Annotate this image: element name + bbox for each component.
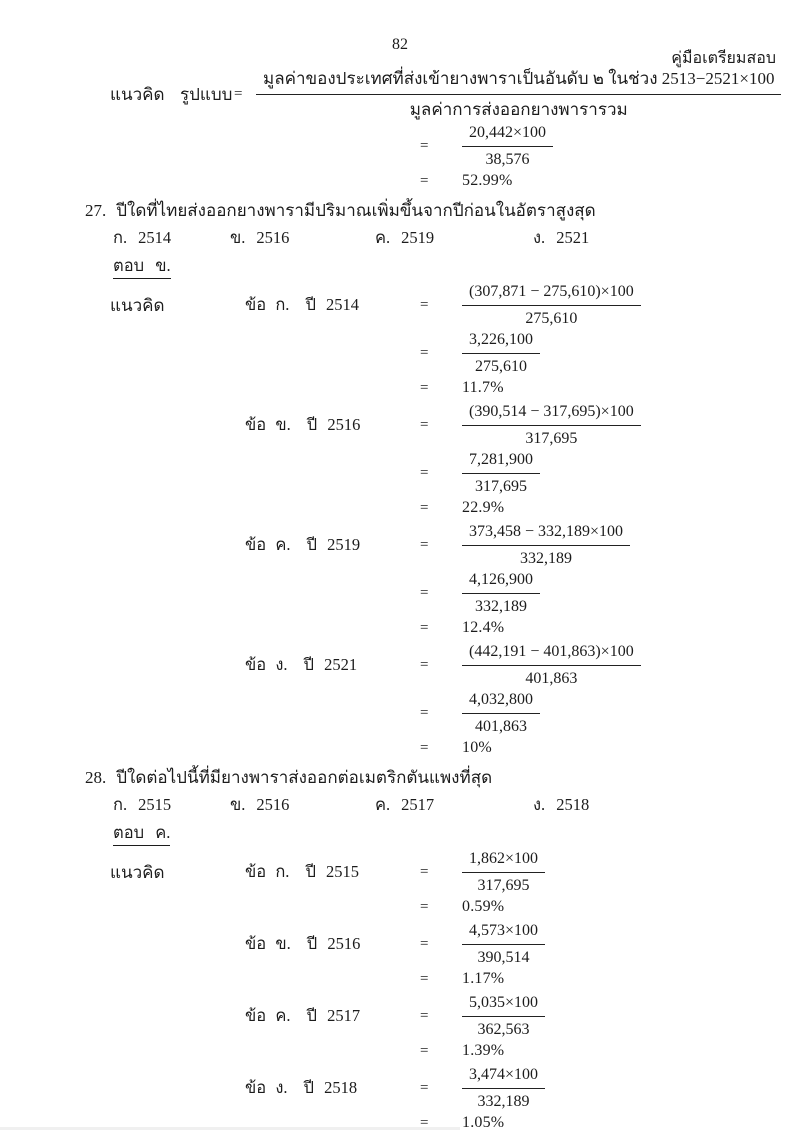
answer-row: ตอบ ค. [113, 822, 800, 846]
step-content: 1.17% [462, 970, 800, 988]
calc-row: แนวคิดข้อ ก.ปี 2514=(307,871 − 275,610)×… [110, 281, 800, 329]
question-block: 27.ปีใดที่ไทยส่งออกยางพารามีปริมาณเพิ่มข… [0, 200, 800, 759]
option-label: ก. [113, 228, 127, 247]
calc-row: ข้อ ง.ปี 2521=(442,191 − 401,863)×100401… [110, 641, 800, 689]
item-label: ข้อ ง.ปี 2521 [245, 652, 420, 678]
step-content: 4,032,800401,863 [462, 689, 800, 737]
step-value: 12.4% [462, 619, 504, 636]
step-value: 0.59% [462, 898, 504, 915]
fraction: 7,281,900317,695 [462, 449, 540, 497]
step-content: 1.39% [462, 1042, 800, 1060]
equals-sign: = [420, 297, 462, 314]
main-fraction-denominator: มูลค่าการส่งออกยางพารารวม [256, 95, 781, 122]
step-content: 52.99% [462, 172, 800, 190]
calc-row: =1.17% [110, 968, 800, 990]
question-block: 28.ปีใดต่อไปนี้ที่มียางพาราส่งออกต่อเมตร… [0, 767, 800, 1132]
fraction-denominator: 332,189 [462, 1089, 545, 1112]
option-label: ง. [533, 795, 545, 814]
fraction: 5,035×100362,563 [462, 992, 545, 1040]
step-content: 4,126,900332,189 [462, 569, 800, 617]
item-choice: ข้อ ก. [245, 859, 289, 885]
step-content: 7,281,900317,695 [462, 449, 800, 497]
calc-row: =4,032,800401,863 [110, 689, 800, 737]
step-value: 52.99% [462, 172, 513, 189]
option-label: ก. [113, 795, 127, 814]
option-value: 2521 [556, 228, 589, 247]
option-label: ข. [230, 228, 245, 247]
option-value: 2517 [401, 795, 434, 814]
equals-sign: = [420, 417, 462, 434]
step-content: 1,862×100317,695 [462, 848, 800, 896]
step-value: 11.7% [462, 379, 504, 396]
option: ง.2518 [533, 794, 800, 816]
equals-sign: = [420, 345, 462, 362]
solution-label: แนวคิด [110, 292, 245, 319]
item-choice: ข้อ ค. [245, 532, 290, 558]
fraction-denominator: 317,695 [462, 873, 545, 896]
fraction-denominator: 38,576 [462, 147, 553, 170]
item-label: ข้อ ค.ปี 2517 [245, 1003, 420, 1029]
step-content: 3,226,100275,610 [462, 329, 800, 377]
fraction: 1,862×100317,695 [462, 848, 545, 896]
fraction: 3,474×100332,189 [462, 1064, 545, 1112]
fraction-denominator: 317,695 [462, 474, 540, 497]
fraction-numerator: 4,126,900 [462, 569, 540, 594]
fraction: 4,573×100390,514 [462, 920, 545, 968]
equals-sign: = [420, 380, 462, 397]
question-text: ปีใดที่ไทยส่งออกยางพารามีปริมาณเพิ่มขึ้น… [116, 200, 595, 222]
item-year: ปี 2514 [305, 292, 359, 318]
item-year: ปี 2515 [305, 859, 359, 885]
fraction-numerator: 4,032,800 [462, 689, 540, 714]
step-value: 1.05% [462, 1114, 504, 1131]
equals-sign: = [420, 705, 462, 722]
fraction-denominator: 332,189 [462, 594, 540, 617]
equals-sign: = [420, 465, 462, 482]
item-choice: ข้อ ก. [245, 292, 289, 318]
fraction-numerator: 7,281,900 [462, 449, 540, 474]
solution-item: ข้อ ข.ปี 2516=4,573×100390,514=1.17% [0, 920, 800, 990]
item-choice: ข้อ ง. [245, 1075, 288, 1101]
calc-row: =11.7% [110, 377, 800, 399]
fraction-numerator: 3,474×100 [462, 1064, 545, 1089]
fraction-denominator: 317,695 [462, 426, 641, 449]
option-label: ค. [375, 795, 390, 814]
header-book-title: คู่มือเตรียมสอบ [671, 46, 776, 71]
option: ก.2514 [113, 227, 230, 249]
question-line: 28.ปีใดต่อไปนี้ที่มียางพาราส่งออกต่อเมตร… [85, 767, 800, 789]
fraction: (307,871 − 275,610)×100275,610 [462, 281, 641, 329]
fraction: (390,514 − 317,695)×100317,695 [462, 401, 641, 449]
option: ก.2515 [113, 794, 230, 816]
options-row: ก.2514ข.2516ค.2519ง.2521 [113, 227, 800, 249]
question-line: 27.ปีใดที่ไทยส่งออกยางพารามีปริมาณเพิ่มข… [85, 200, 800, 222]
step-content: (442,191 − 401,863)×100401,863 [462, 641, 800, 689]
solution-item: แนวคิดข้อ ก.ปี 2515=1,862×100317,695=0.5… [0, 848, 800, 918]
solution-item: ข้อ ง.ปี 2518=3,474×100332,189=1.05% [0, 1064, 800, 1132]
step-content: 12.4% [462, 619, 800, 637]
questions: 27.ปีใดที่ไทยส่งออกยางพารามีปริมาณเพิ่มข… [0, 200, 800, 1132]
question-text: ปีใดต่อไปนี้ที่มียางพาราส่งออกต่อเมตริกต… [116, 767, 492, 789]
document-page: { "symbols": { "equals": "=" }, "page": … [0, 0, 800, 1132]
fraction-numerator: (390,514 − 317,695)×100 [462, 401, 641, 426]
solution-item: ข้อ ค.ปี 2519=373,458 − 332,189×100332,1… [0, 521, 800, 639]
calc-row: =7,281,900317,695 [110, 449, 800, 497]
step-value: 1.17% [462, 970, 504, 987]
form-label: รูปแบบ [180, 81, 234, 108]
item-label: ข้อ ง.ปี 2518 [245, 1075, 420, 1101]
main-fraction: มูลค่าของประเทศที่ส่งเข้ายางพาราเป็นอันด… [256, 66, 781, 122]
option-value: 2516 [256, 795, 289, 814]
item-year: ปี 2518 [304, 1075, 358, 1101]
fraction-denominator: 275,610 [462, 306, 641, 329]
step-value: 1.39% [462, 1042, 504, 1059]
equals-sign: = [420, 1008, 462, 1025]
equals-sign: = [420, 537, 462, 554]
item-choice: ข้อ ค. [245, 1003, 290, 1029]
fraction-numerator: (307,871 − 275,610)×100 [462, 281, 641, 306]
step-content: 373,458 − 332,189×100332,189 [462, 521, 800, 569]
step-content: 0.59% [462, 898, 800, 916]
calc-row: แนวคิดข้อ ก.ปี 2515=1,862×100317,695 [110, 848, 800, 896]
equals-sign: = [420, 585, 462, 602]
step-content: (390,514 − 317,695)×100317,695 [462, 401, 800, 449]
option: ข.2516 [230, 794, 375, 816]
step-content: 1.05% [462, 1114, 800, 1132]
calc-row: ข้อ ค.ปี 2519=373,458 − 332,189×100332,1… [110, 521, 800, 569]
fraction-denominator: 275,610 [462, 354, 540, 377]
calc-row: =4,126,900332,189 [110, 569, 800, 617]
fraction-denominator: 401,863 [462, 714, 540, 737]
equals-sign: = [420, 138, 462, 155]
option-label: ง. [533, 228, 545, 247]
intro-formula-row: แนวคิด รูปแบบ = มูลค่าของประเทศที่ส่งเข้… [110, 66, 800, 122]
answer-text: ตอบ ข. [113, 255, 171, 279]
solution-item: แนวคิดข้อ ก.ปี 2514=(307,871 − 275,610)×… [0, 281, 800, 399]
equals-sign: = [420, 740, 462, 757]
page-header: 82 คู่มือเตรียมสอบ [0, 36, 800, 62]
calc-row: =10% [110, 737, 800, 759]
fraction-denominator: 390,514 [462, 945, 545, 968]
intro-label: แนวคิด [110, 81, 180, 108]
calc-row: ข้อ ข.ปี 2516=4,573×100390,514 [110, 920, 800, 968]
fraction-numerator: 4,573×100 [462, 920, 545, 945]
fraction: 4,032,800401,863 [462, 689, 540, 737]
item-year: ปี 2521 [304, 652, 358, 678]
calc-row: =12.4% [110, 617, 800, 639]
question-number: 28. [85, 767, 106, 789]
fraction-numerator: 3,226,100 [462, 329, 540, 354]
solution-label: แนวคิด [110, 859, 245, 886]
equals-sign: = [420, 1080, 462, 1097]
equals-sign: = [420, 620, 462, 637]
fraction: 4,126,900332,189 [462, 569, 540, 617]
calc-row: =3,226,100275,610 [110, 329, 800, 377]
calc-row: ข้อ ข.ปี 2516=(390,514 − 317,695)×100317… [110, 401, 800, 449]
equals-sign: = [420, 173, 462, 190]
fraction-denominator: 401,863 [462, 666, 641, 689]
option: ง.2521 [533, 227, 800, 249]
step-content: 10% [462, 739, 800, 757]
scan-artifact [0, 1127, 460, 1130]
step-content: (307,871 − 275,610)×100275,610 [462, 281, 800, 329]
item-choice: ข้อ ข. [245, 412, 291, 438]
item-year: ปี 2517 [306, 1003, 360, 1029]
equals-sign: = [420, 500, 462, 517]
question-number: 27. [85, 200, 106, 222]
option-value: 2516 [256, 228, 289, 247]
solution-item: ข้อ ง.ปี 2521=(442,191 − 401,863)×100401… [0, 641, 800, 759]
step-content: 3,474×100332,189 [462, 1064, 800, 1112]
equals-sign: = [420, 899, 462, 916]
option-value: 2519 [401, 228, 434, 247]
fraction: 20,442×10038,576 [462, 122, 553, 170]
fraction-numerator: 1,862×100 [462, 848, 545, 873]
fraction-denominator: 362,563 [462, 1017, 545, 1040]
fraction: 373,458 − 332,189×100332,189 [462, 521, 630, 569]
solution-item: ข้อ ข.ปี 2516=(390,514 − 317,695)×100317… [0, 401, 800, 519]
fraction-numerator: (442,191 − 401,863)×100 [462, 641, 641, 666]
item-label: ข้อ ข.ปี 2516 [245, 931, 420, 957]
calc-row: ข้อ ง.ปี 2518=3,474×100332,189 [110, 1064, 800, 1112]
item-label: ข้อ ข.ปี 2516 [245, 412, 420, 438]
item-choice: ข้อ ง. [245, 652, 288, 678]
fraction: (442,191 − 401,863)×100401,863 [462, 641, 641, 689]
intro-steps: =20,442×10038,576=52.99% [0, 122, 800, 192]
item-year: ปี 2516 [307, 412, 361, 438]
fraction-numerator: 5,035×100 [462, 992, 545, 1017]
step-content: 4,573×100390,514 [462, 920, 800, 968]
calc-row: =0.59% [110, 896, 800, 918]
fraction-numerator: 373,458 − 332,189×100 [462, 521, 630, 546]
step-value: 10% [462, 739, 492, 756]
item-label: ข้อ ค.ปี 2519 [245, 532, 420, 558]
answer-text: ตอบ ค. [113, 822, 170, 846]
equals-sign: = [420, 657, 462, 674]
equals-sign: = [420, 864, 462, 881]
fraction-denominator: 332,189 [462, 546, 630, 569]
calc-row: =20,442×10038,576 [110, 122, 800, 170]
solution-item: ข้อ ค.ปี 2517=5,035×100362,563=1.39% [0, 992, 800, 1062]
option: ข.2516 [230, 227, 375, 249]
item-label: ข้อ ก.ปี 2514 [245, 292, 420, 318]
step-content: 5,035×100362,563 [462, 992, 800, 1040]
fraction: 3,226,100275,610 [462, 329, 540, 377]
calc-row: ข้อ ค.ปี 2517=5,035×100362,563 [110, 992, 800, 1040]
option-value: 2514 [138, 228, 171, 247]
step-content: 11.7% [462, 379, 800, 397]
options-row: ก.2515ข.2516ค.2517ง.2518 [113, 794, 800, 816]
option-label: ข. [230, 795, 245, 814]
option-value: 2515 [138, 795, 171, 814]
step-value: 22.9% [462, 499, 504, 516]
item-label: ข้อ ก.ปี 2515 [245, 859, 420, 885]
step-content: 20,442×10038,576 [462, 122, 800, 170]
calc-row: =52.99% [110, 170, 800, 192]
calc-row: =22.9% [110, 497, 800, 519]
item-year: ปี 2519 [306, 532, 360, 558]
item-choice: ข้อ ข. [245, 931, 291, 957]
option: ค.2517 [375, 794, 533, 816]
equals-sign: = [234, 86, 256, 103]
calc-row: =1.39% [110, 1040, 800, 1062]
item-year: ปี 2516 [307, 931, 361, 957]
equals-sign: = [420, 936, 462, 953]
option-value: 2518 [556, 795, 589, 814]
answer-row: ตอบ ข. [113, 255, 800, 279]
option: ค.2519 [375, 227, 533, 249]
option-label: ค. [375, 228, 390, 247]
fraction-numerator: 20,442×100 [462, 122, 553, 147]
equals-sign: = [420, 1043, 462, 1060]
step-content: 22.9% [462, 499, 800, 517]
equals-sign: = [420, 971, 462, 988]
